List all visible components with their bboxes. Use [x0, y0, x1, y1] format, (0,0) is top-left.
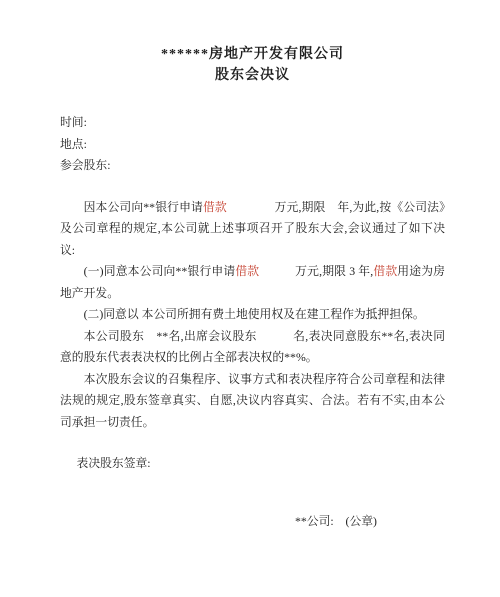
document-page: ******房地产开发有限公司 股东会决议 时间: 地点: 参会股东: 因本公司…	[0, 0, 500, 597]
meta-section: 时间: 地点: 参会股东:	[60, 112, 445, 177]
body-text: 万元,期限 3 年,	[259, 264, 373, 278]
highlighted-red-text: 借款	[203, 200, 227, 214]
document-title: 股东会决议	[60, 66, 445, 87]
meta-line-attendees: 参会股东:	[60, 155, 445, 177]
paragraph-resolution-2: (二)同意以 本公司所拥有费土地使用权及在建工程作为抵押担保。	[60, 304, 445, 326]
highlighted-red-text: 借款	[373, 264, 397, 278]
body-text: (二)同意以 本公司所拥有费土地使用权及在建工程作为抵押担保。	[84, 307, 425, 321]
voters-signature-label: 表决股东签章:	[60, 453, 445, 475]
highlighted-red-text: 借款	[235, 264, 259, 278]
body-text: 本次股东会议的召集程序、议事方式和表决程序符合公司章程和法律法规的规定,股东签章…	[60, 372, 445, 429]
body-text: (一)同意本公司向**银行申请	[84, 264, 236, 278]
company-seal-line: **公司: (公章)	[60, 511, 445, 533]
paragraph-vote-stats: 本公司股东 **名,出席会议股东 名,表决同意股东**名,表决同意的股东代表表决…	[60, 326, 445, 369]
paragraph-legality: 本次股东会议的召集程序、议事方式和表决程序符合公司章程和法律法规的规定,股东签章…	[60, 369, 445, 434]
body-text: 因本公司向**银行申请	[84, 200, 203, 214]
paragraph-loan-request: 因本公司向**银行申请借款 万元,期限 年,为此,按《公司法》及公司章程的规定,…	[60, 197, 445, 262]
company-name-title: ******房地产开发有限公司	[60, 45, 445, 66]
meta-line-time: 时间:	[60, 112, 445, 134]
document-body: 因本公司向**银行申请借款 万元,期限 年,为此,按《公司法》及公司章程的规定,…	[60, 197, 445, 434]
body-text: 本公司股东 **名,出席会议股东 名,表决同意股东**名,表决同意的股东代表表决…	[60, 329, 445, 365]
paragraph-resolution-1: (一)同意本公司向**银行申请借款 万元,期限 3 年,借款用途为房地产开发。	[60, 261, 445, 304]
document-header: ******房地产开发有限公司 股东会决议	[60, 45, 445, 86]
meta-line-place: 地点:	[60, 134, 445, 156]
